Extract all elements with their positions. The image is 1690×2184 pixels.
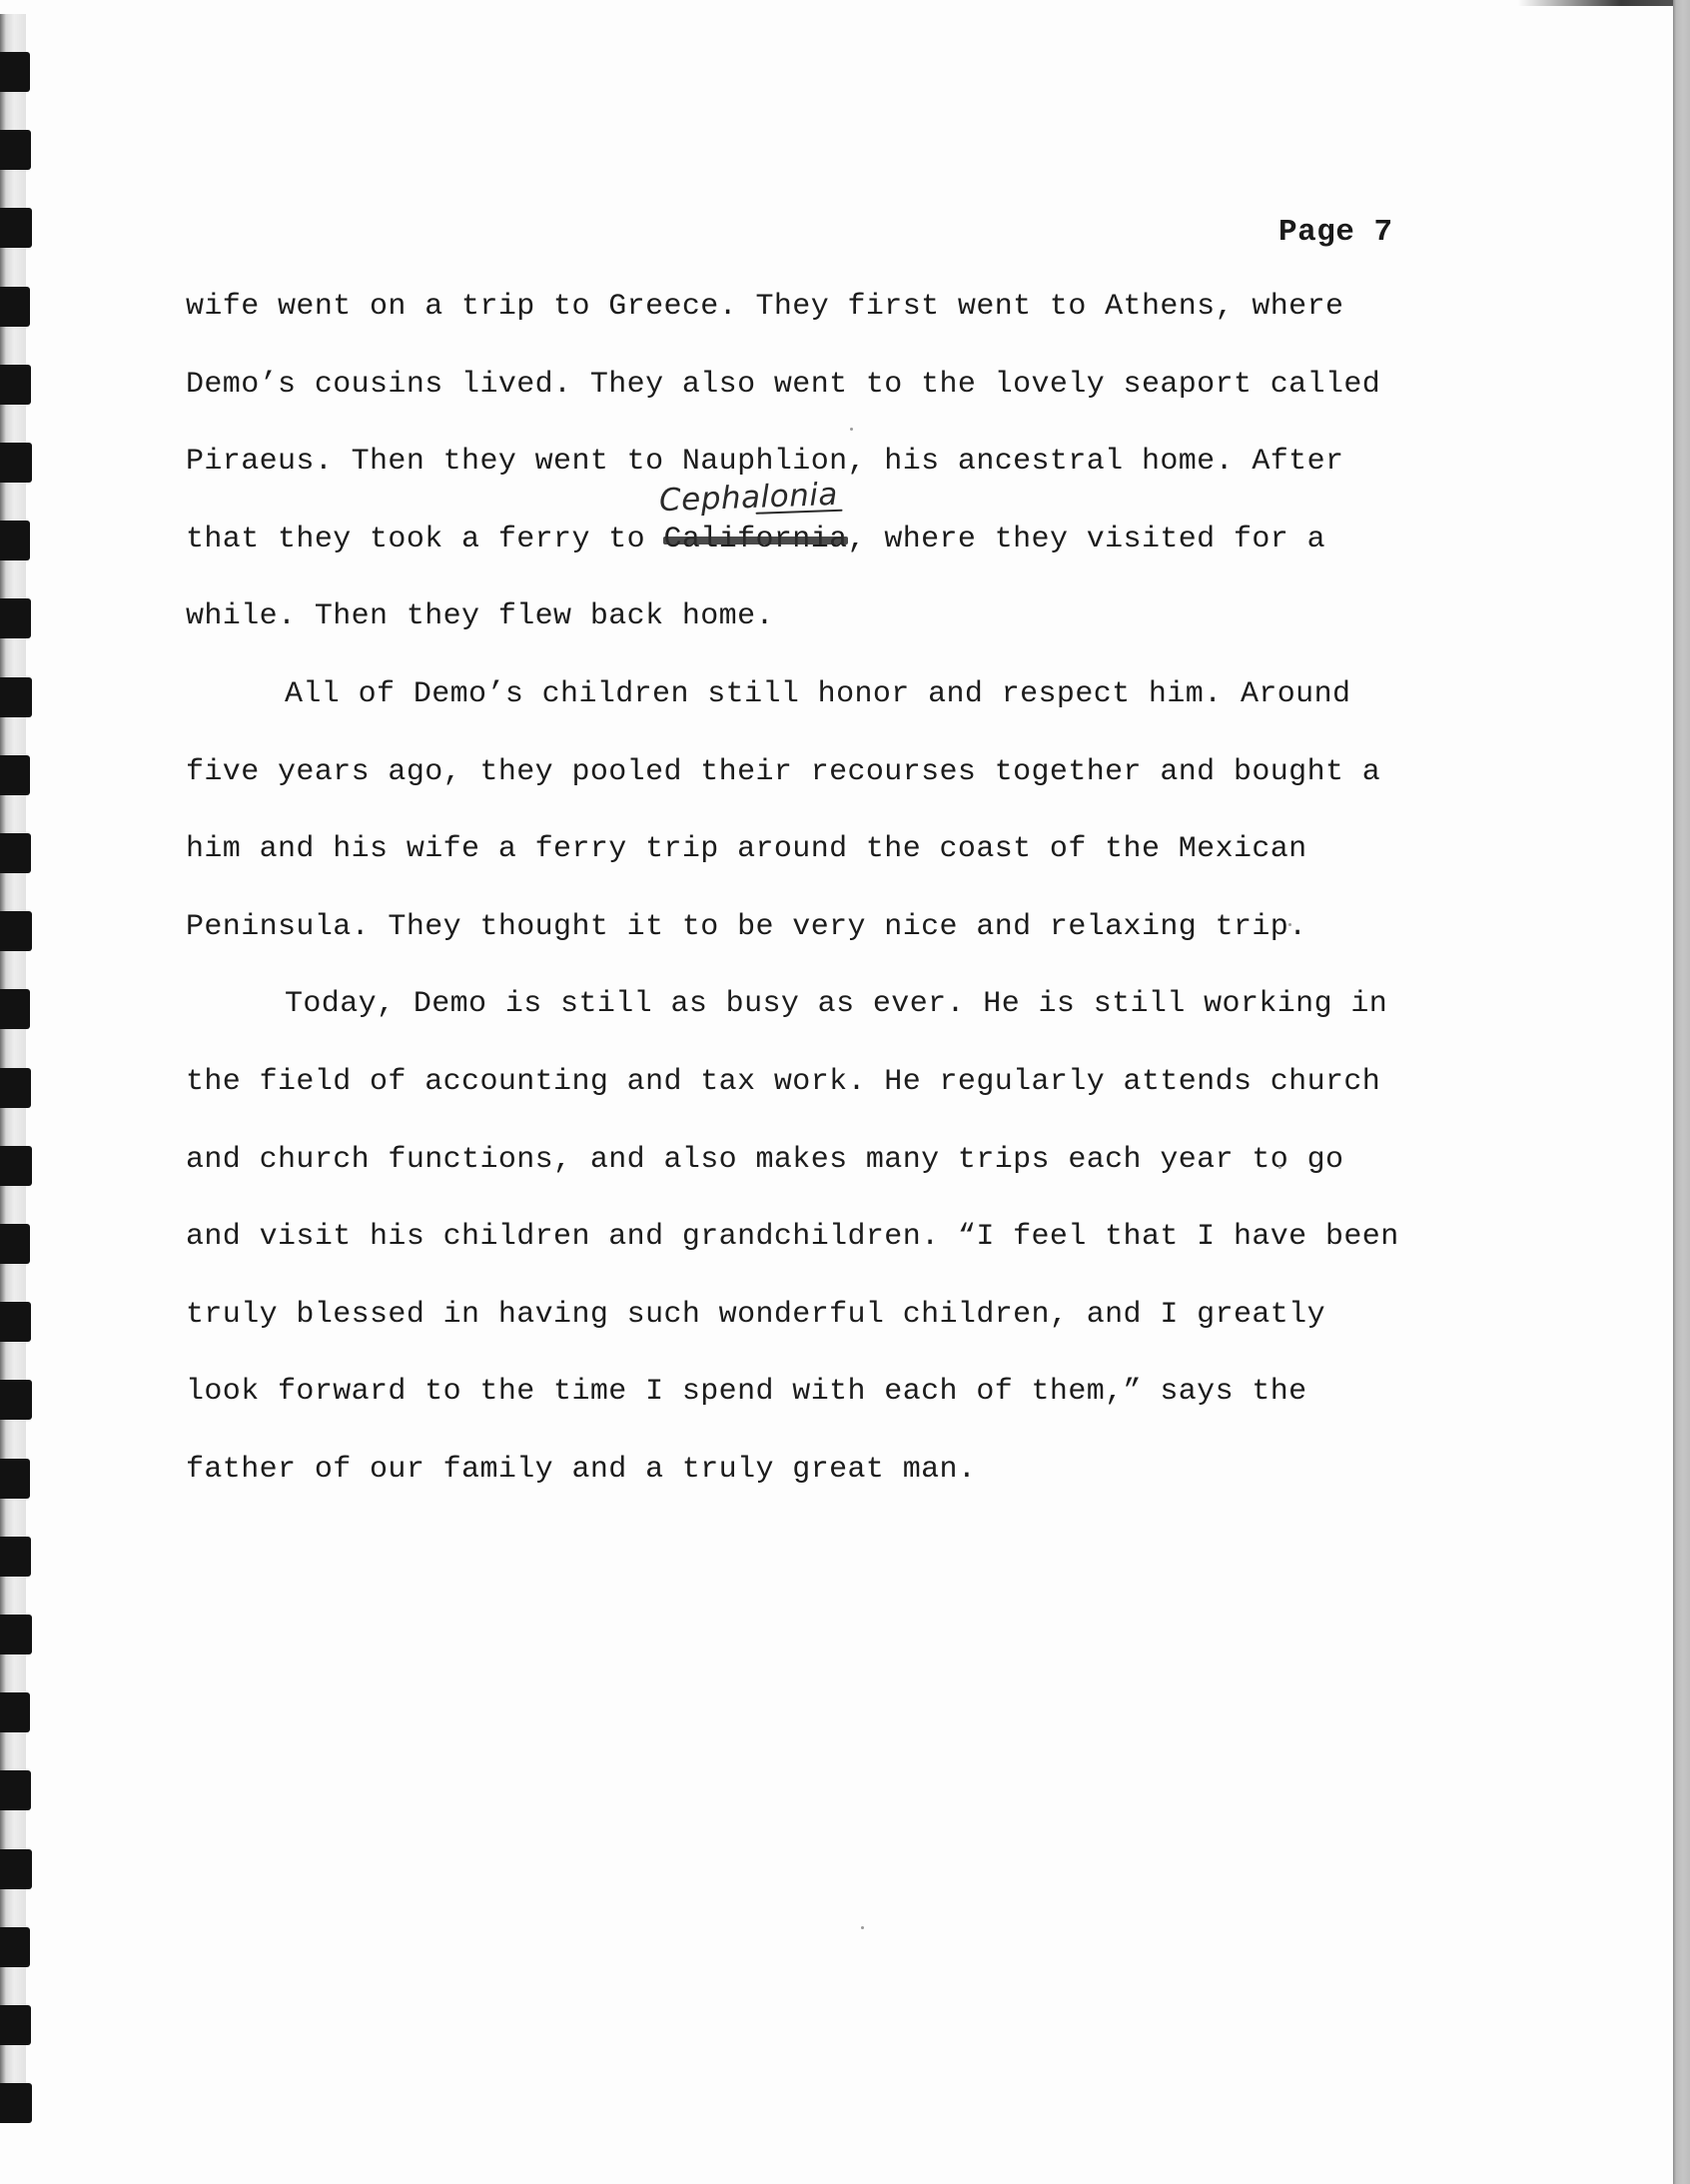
binding-tine: [0, 1224, 30, 1264]
text-line: him and his wife a ferry trip around the…: [186, 829, 1504, 907]
binding-gap: [0, 560, 26, 598]
binding-gap: [0, 1967, 26, 2005]
binding-gap: [0, 1264, 26, 1302]
text-line: that they took a ferry to CaliforniaCeph…: [186, 520, 1504, 597]
document-page: Page 7 wife went on a trip to Greece. Th…: [0, 0, 1690, 2184]
binding-tine: [0, 1927, 30, 1967]
binding-tine: [0, 287, 30, 327]
binding-tine: [0, 52, 30, 92]
text-segment: that they took a ferry to: [186, 523, 663, 556]
body-text: wife went on a trip to Greece. They firs…: [186, 287, 1504, 1528]
binding-gap: [0, 1029, 26, 1067]
binding-gap: [0, 1499, 26, 1537]
binding-gap: [0, 795, 26, 833]
text-line: Today, Demo is still as busy as ever. He…: [186, 984, 1504, 1062]
binding-tine: [0, 521, 30, 560]
binding-gap: [0, 1810, 26, 1848]
text-line: and church functions, and also makes man…: [186, 1140, 1504, 1218]
scan-speck: [861, 1926, 864, 1929]
handwritten-correction: Cephalonia: [659, 475, 839, 521]
binding-gap: [0, 483, 26, 521]
binding-tine: [0, 1692, 30, 1732]
binding-tine: [0, 911, 32, 951]
binding-tine: [0, 677, 32, 717]
page-right-edge-shadow: [1673, 0, 1690, 2184]
binding-gap: [0, 1186, 26, 1224]
binding-tine: [0, 1302, 31, 1342]
binding-gap: [0, 405, 26, 443]
binding-tine: [0, 1770, 31, 1810]
text-line: five years ago, they pooled their recour…: [186, 752, 1504, 830]
binding-gap: [0, 1889, 26, 1927]
binding-tine: [0, 1459, 30, 1499]
binding-tine: [0, 1849, 32, 1889]
binding-gap: [0, 1342, 26, 1380]
binding-gap: [0, 1654, 26, 1692]
binding-gap: [0, 14, 26, 52]
binding-gap: [0, 2045, 26, 2083]
struck-through-word: CaliforniaCephalonia: [663, 520, 847, 559]
binding-gap: [0, 248, 26, 286]
binding-tine: [0, 1380, 32, 1420]
binding-tine: [0, 1068, 31, 1108]
page-number: Page 7: [1278, 215, 1393, 250]
binding-tine: [0, 989, 30, 1029]
binding-gap: [0, 873, 26, 911]
text-line: look forward to the time I spend with ea…: [186, 1372, 1504, 1450]
text-line: Piraeus. Then they went to Nauphlion, hi…: [186, 442, 1504, 520]
scan-speck: [850, 428, 853, 431]
page-top-edge-shadow: [1518, 0, 1690, 6]
scan-speck: [1288, 923, 1291, 926]
text-line: Peninsula. They thought it to be very ni…: [186, 907, 1504, 985]
binding-tine: [0, 1537, 31, 1577]
text-line: while. Then they flew back home.: [186, 596, 1504, 674]
binding-gap: [0, 717, 26, 755]
text-line: truly blessed in having such wonderful c…: [186, 1295, 1504, 1373]
binding-tine: [0, 130, 31, 170]
binding-tine: [0, 1146, 32, 1186]
binding-tine: [0, 1615, 32, 1654]
binding-gap: [0, 170, 26, 208]
text-line: the field of accounting and tax work. He…: [186, 1062, 1504, 1140]
text-line: All of Demo’s children still honor and r…: [186, 674, 1504, 752]
text-line: father of our family and a truly great m…: [186, 1450, 1504, 1528]
text-segment: , where they visited for a: [848, 523, 1325, 556]
binding-tine: [0, 443, 32, 483]
binding-tine: [0, 208, 32, 248]
comb-binding: [0, 0, 40, 2184]
binding-gap: [0, 1108, 26, 1146]
binding-tine: [0, 598, 31, 638]
binding-tine: [0, 2005, 31, 2045]
binding-tine: [0, 833, 31, 873]
binding-gap: [0, 92, 26, 130]
text-line: and visit his children and grandchildren…: [186, 1217, 1504, 1295]
binding-gap: [0, 1732, 26, 1770]
binding-gap: [0, 951, 26, 989]
binding-tine: [0, 2083, 32, 2123]
binding-tine: [0, 365, 31, 405]
binding-gap: [0, 1577, 26, 1615]
binding-gap: [0, 638, 26, 676]
scan-speck: [1278, 1166, 1281, 1169]
text-line: wife went on a trip to Greece. They firs…: [186, 287, 1504, 365]
text-line: Demo’s cousins lived. They also went to …: [186, 365, 1504, 443]
binding-gap: [0, 1420, 26, 1458]
binding-tine: [0, 755, 30, 795]
binding-gap: [0, 327, 26, 365]
